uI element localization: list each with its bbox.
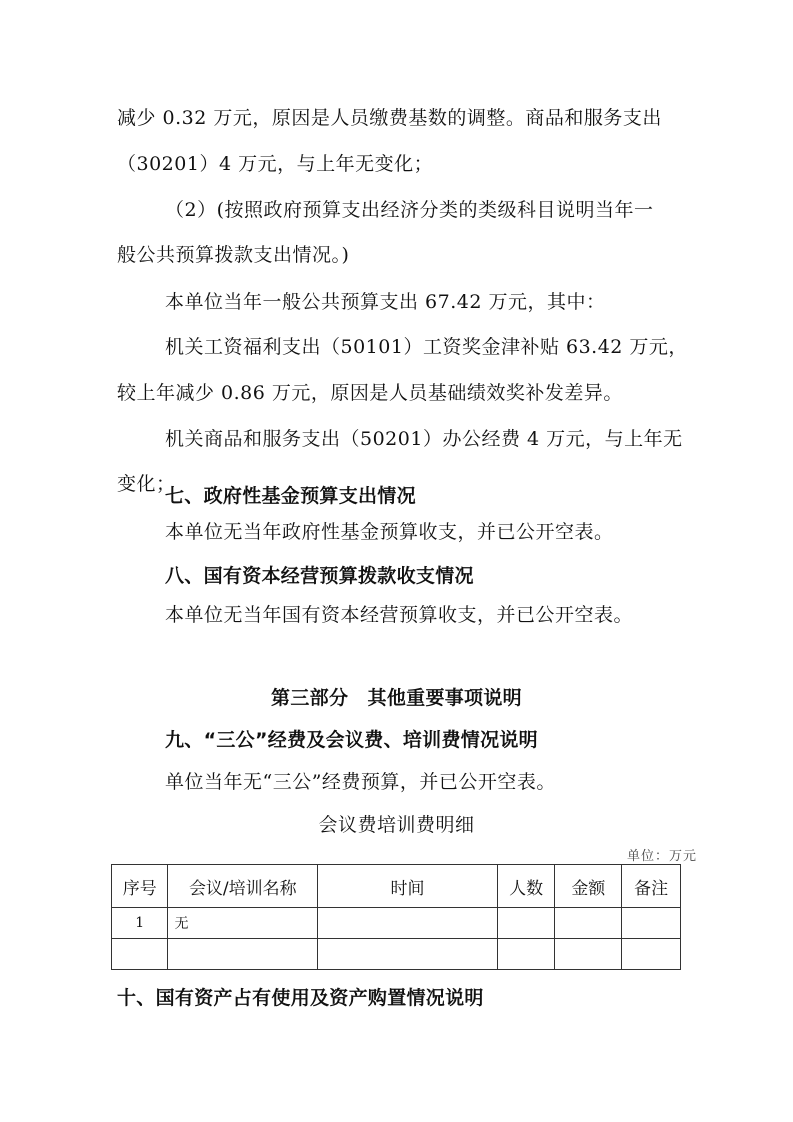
table-cell xyxy=(555,908,622,939)
table-cell: 无 xyxy=(168,908,318,939)
paragraph-line: 机关商品和服务支出（50201）办公经费 4 万元，与上年无 xyxy=(165,427,683,451)
header-cell: 金额 xyxy=(555,865,622,908)
table-header-row: 序号 会议/培训名称 时间 人数 金额 备注 xyxy=(112,865,681,908)
paragraph-line: 本单位当年一般公共预算支出 67.42 万元，其中： xyxy=(165,290,605,314)
paragraph-line: 较上年减少 0.86 万元，原因是人员基础绩效奖补发差异。 xyxy=(117,381,623,405)
table-row xyxy=(112,939,681,970)
table-cell xyxy=(555,939,622,970)
table-cell xyxy=(622,939,681,970)
meeting-training-fee-table: 序号 会议/培训名称 时间 人数 金额 备注 1 无 xyxy=(111,864,681,970)
paragraph-line: （2）(按照政府预算支出经济分类的类级科目说明当年一 xyxy=(165,198,654,222)
paragraph-line: 减少 0.32 万元，原因是人员缴费基数的调整。商品和服务支出 xyxy=(117,106,662,130)
header-cell: 序号 xyxy=(112,865,168,908)
document-page: 减少 0.32 万元，原因是人员缴费基数的调整。商品和服务支出 （30201）4… xyxy=(0,0,793,1122)
header-cell: 人数 xyxy=(497,865,555,908)
header-cell: 会议/培训名称 xyxy=(168,865,318,908)
table-cell xyxy=(622,908,681,939)
paragraph-line: （30201）4 万元，与上年无变化； xyxy=(117,152,433,176)
header-cell: 时间 xyxy=(318,865,498,908)
table-row: 1 无 xyxy=(112,908,681,939)
table-cell xyxy=(318,939,498,970)
paragraph-line: 机关工资福利支出（50101）工资奖金津补贴 63.42 万元， xyxy=(165,335,688,359)
paragraph-line: 般公共预算拨款支出情况。) xyxy=(117,243,349,267)
table-cell xyxy=(168,939,318,970)
table-cell xyxy=(497,908,555,939)
table-cell xyxy=(112,939,168,970)
table-unit-label: 单位：万元 xyxy=(627,845,697,864)
section-body-nine: 单位当年无“三公”经费预算，并已公开空表。 xyxy=(165,770,556,794)
section-heading-eight: 八、国有资本经营预算拨款收支情况 xyxy=(165,564,474,588)
table-cell xyxy=(497,939,555,970)
section-body-seven: 本单位无当年政府性基金预算收支，并已公开空表。 xyxy=(165,520,614,544)
table-cell: 1 xyxy=(112,908,168,939)
section-heading-nine: 九、“三公”经费及会议费、培训费情况说明 xyxy=(165,728,538,752)
part-three-title: 第三部分 其他重要事项说明 xyxy=(0,686,793,710)
section-heading-seven: 七、政府性基金预算支出情况 xyxy=(165,484,416,508)
header-cell: 备注 xyxy=(622,865,681,908)
section-body-eight: 本单位无当年国有资本经营预算收支，并已公开空表。 xyxy=(165,603,633,627)
section-heading-ten: 十、国有资产占有使用及资产购置情况说明 xyxy=(117,986,484,1010)
table-cell xyxy=(318,908,498,939)
table-title: 会议费培训费明细 xyxy=(0,813,793,837)
